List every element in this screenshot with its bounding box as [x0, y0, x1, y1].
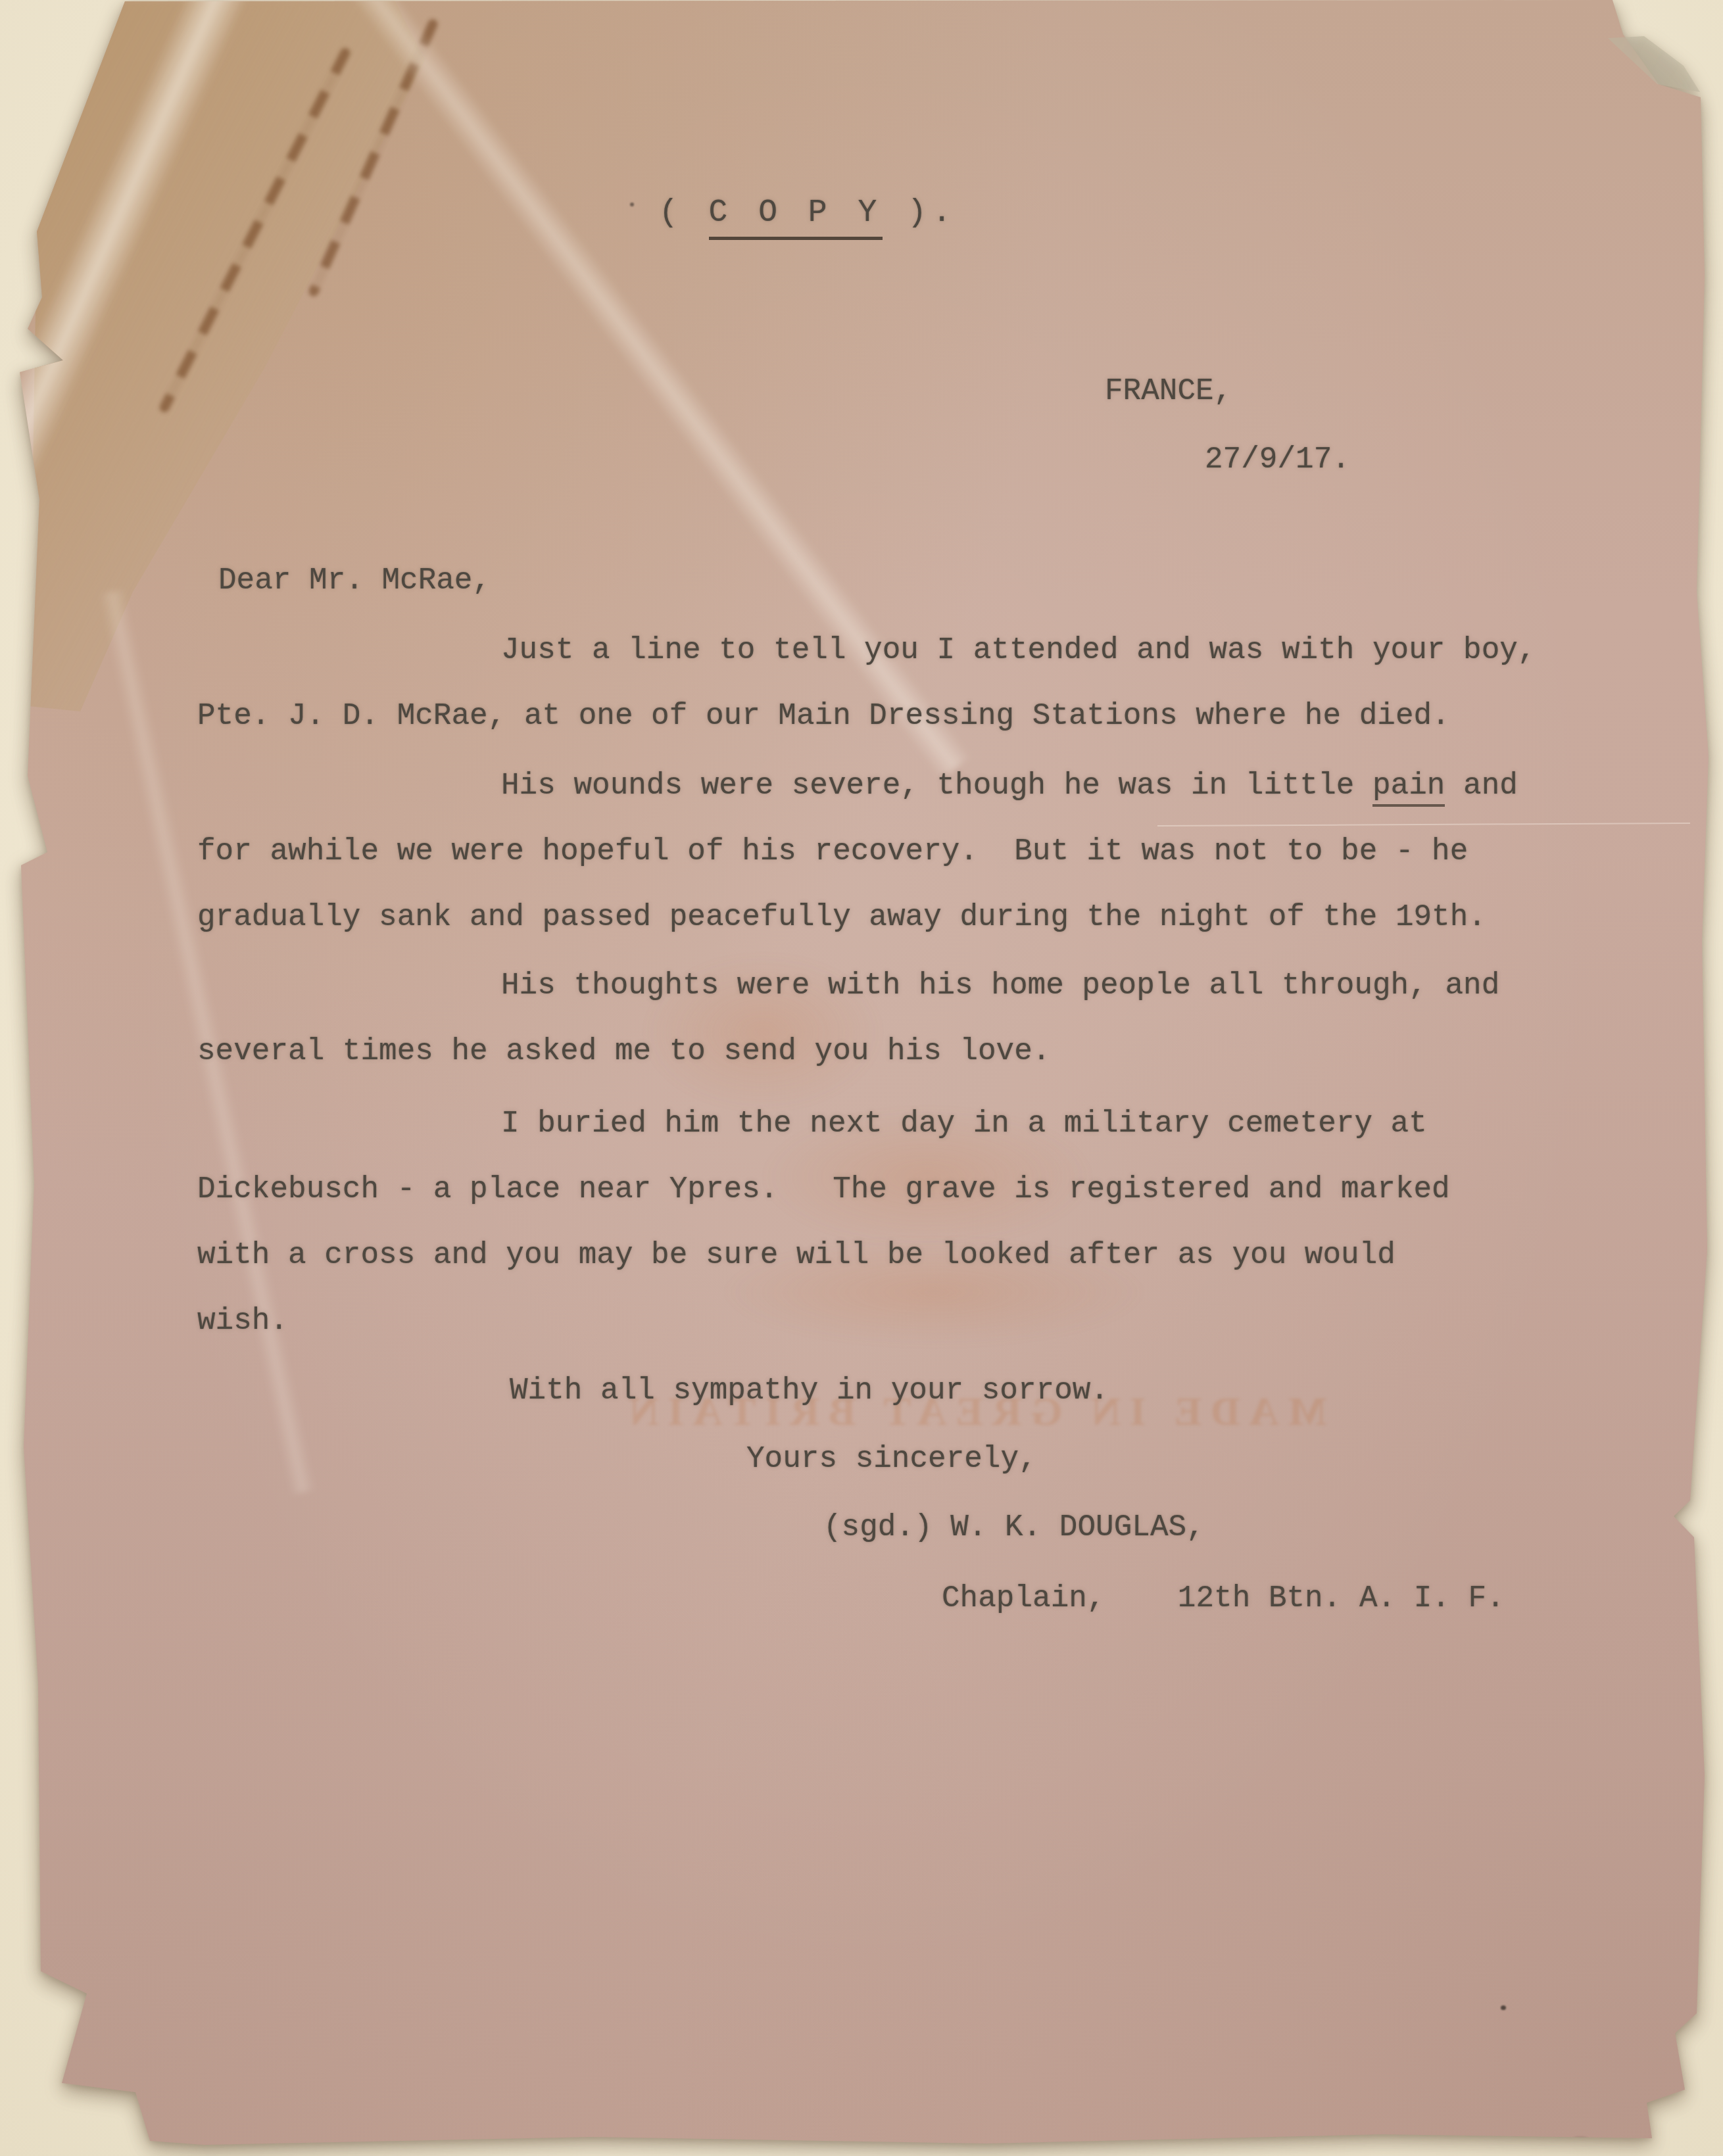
body-line-para1-1: Just a line to tell you I attended and w… — [501, 633, 1536, 669]
copy-heading-close-paren: ). — [883, 195, 957, 231]
underlined-word-pain: pain — [1372, 769, 1445, 807]
copy-heading-word: C O P Y — [709, 195, 883, 240]
body-line-para2-2: for awhile we were hopeful of his recove… — [197, 834, 1468, 870]
signature-title-line: Chaplain, 12th Btn. A. I. F. — [942, 1581, 1505, 1617]
ink-smudge — [1572, 2138, 1589, 2146]
signature-line: (sgd.) W. K. DOUGLAS, — [823, 1510, 1205, 1546]
salutation: Dear Mr. McRae, — [218, 563, 491, 599]
valediction-line: Yours sincerely, — [746, 1441, 1037, 1477]
copy-heading-open-paren: ( — [659, 195, 709, 231]
body-line-para2-3: gradually sank and passed peacefully awa… — [197, 899, 1486, 936]
paper-sheet-wrap: MADE IN GREAT BRITAIN ( C O P Y ). FRANC… — [0, 0, 1723, 2156]
paper-scratch-line — [1157, 823, 1690, 826]
ink-speck — [630, 203, 634, 206]
ink-speck — [1501, 2005, 1506, 2010]
dateline-place: FRANCE, — [1105, 373, 1232, 410]
body-line-para3-1: His thoughts were with his home people a… — [501, 968, 1499, 1004]
torn-corner-stain — [0, 0, 592, 789]
body-text-segment: and — [1445, 769, 1517, 803]
copy-heading: ( C O P Y ). — [659, 195, 958, 233]
body-line-para4-1: I buried him the next day in a military … — [501, 1106, 1427, 1142]
dateline-date: 27/9/17. — [1205, 442, 1350, 478]
body-line-para4-2: Dickebusch - a place near Ypres. The gra… — [197, 1172, 1450, 1208]
body-line-para4-3: with a cross and you may be sure will be… — [197, 1237, 1395, 1274]
body-line-para4-4: wish. — [197, 1303, 288, 1339]
body-text-segment: His wounds were severe, though he was in… — [501, 769, 1372, 803]
sympathy-line: With all sympathy in your sorrow. — [510, 1373, 1109, 1409]
body-line-para3-2: several times he asked me to send you hi… — [197, 1034, 1050, 1070]
paper-sheet: MADE IN GREAT BRITAIN ( C O P Y ). FRANC… — [0, 0, 1723, 2156]
body-line-para2-1: His wounds were severe, though he was in… — [501, 768, 1518, 804]
scanned-letter-page: MADE IN GREAT BRITAIN ( C O P Y ). FRANC… — [0, 0, 1723, 2156]
body-line-para1-2: Pte. J. D. McRae, at one of our Main Dre… — [197, 698, 1450, 734]
